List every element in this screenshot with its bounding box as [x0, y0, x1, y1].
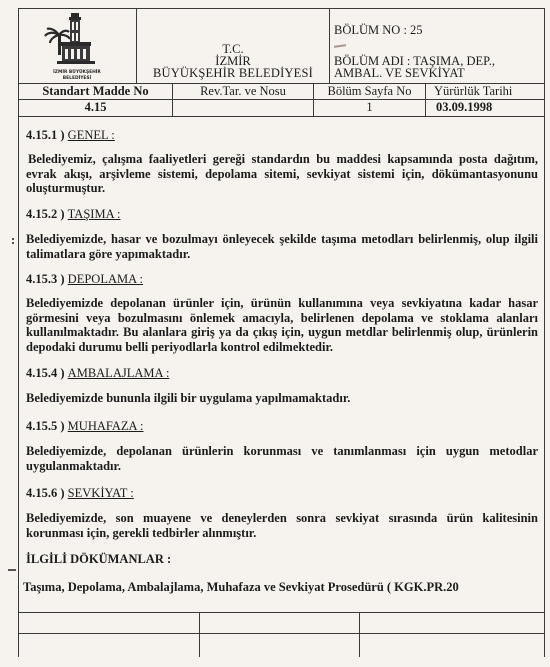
col-rev-tar: Rev.Tar. ve Nosu [173, 84, 314, 99]
section-title: DEPOLAMA : [68, 272, 143, 286]
value-bolum-sayfa-no: 1 [314, 100, 426, 116]
clock-tower-icon: İZMİR BÜYÜKŞEHİR BELEDİYESİ [19, 9, 136, 83]
section-title: AMBALAJLAMA : [68, 366, 170, 380]
section-heading: 4.15.4 ) AMBALAJLAMA : [26, 366, 169, 381]
footer-grid-divider [199, 612, 200, 657]
section-heading: 4.15.1 ) GENEL : [26, 128, 115, 143]
header-values-row: 4.15 1 03.09.1998 [19, 100, 544, 117]
footer-grid-line [19, 612, 544, 613]
scan-smudge [334, 44, 346, 48]
document-page: İZMİR BÜYÜKŞEHİR BELEDİYESİ T.C. İZMİR B… [18, 8, 545, 657]
document-header-table: İZMİR BÜYÜKŞEHİR BELEDİYESİ T.C. İZMİR B… [19, 8, 544, 117]
header-title-row: İZMİR BÜYÜKŞEHİR BELEDİYESİ T.C. İZMİR B… [19, 9, 544, 84]
scan-mark [12, 238, 14, 240]
section-text: Belediyemizde depolanan ürünler için, ür… [26, 296, 538, 354]
section-text: Belediyemizde bununla ilgili bir uygulam… [26, 391, 538, 406]
bolum-no: BÖLÜM NO : 25 [334, 23, 423, 38]
organization-cell: T.C. İZMİR BÜYÜKŞEHİR BELEDİYESİ [137, 9, 330, 83]
svg-text:BELEDİYESİ: BELEDİYESİ [63, 74, 92, 81]
footer-grid-divider [359, 612, 360, 657]
section-heading: 4.15.6 ) SEVKİYAT : [26, 486, 134, 501]
scan-mark [8, 569, 16, 571]
logo-cell: İZMİR BÜYÜKŞEHİR BELEDİYESİ [19, 9, 137, 83]
section-text: Belediyemizde, hasar ve bozulmayı önleye… [26, 232, 538, 261]
bolum-adi: BÖLÜM ADI : TAŞIMA, DEP., AMBAL. VE SEVK… [334, 55, 495, 79]
section-text: Belediyemizde, son muayene ve deneylerde… [26, 511, 538, 540]
col-bolum-sayfa-no: Bölüm Sayfa No [314, 84, 426, 99]
section-title: GENEL : [68, 128, 115, 142]
section-info-cell: BÖLÜM NO : 25 BÖLÜM ADI : TAŞIMA, DEP., … [330, 9, 544, 83]
footer-grid-line [19, 633, 544, 634]
value-yururluk-tarihi: 03.09.1998 [426, 100, 544, 116]
section-title: SEVKİYAT : [68, 486, 134, 500]
section-heading: 4.15.3 ) DEPOLAMA : [26, 272, 143, 287]
value-rev-tar [173, 100, 314, 116]
scan-mark [12, 242, 14, 244]
org-line-belediye: BÜYÜKŞEHİR BELEDİYESİ [137, 67, 329, 79]
value-standart-madde-no: 4.15 [19, 100, 173, 116]
col-yururluk-tarihi: Yürürlük Tarihi [426, 84, 544, 99]
section-heading: 4.15.5 ) MUHAFAZA : [26, 419, 144, 434]
header-columns-row: Standart Madde No Rev.Tar. ve Nosu Bölüm… [19, 84, 544, 100]
section-heading: 4.15.2 ) TAŞIMA : [26, 207, 121, 222]
related-documents-title: İLGİLİ DÖKÜMANLAR : [26, 552, 171, 567]
related-document-item: Taşıma, Depolama, Ambalajlama, Muhafaza … [23, 580, 459, 595]
svg-text:İZMİR BÜYÜKŞEHİR: İZMİR BÜYÜKŞEHİR [53, 68, 101, 75]
bolum-adi-line2: AMBAL. VE SEVKİYAT [334, 66, 465, 80]
section-text: Belediyemiz, çalışma faaliyetleri gereği… [26, 152, 538, 196]
col-standart-madde-no: Standart Madde No [19, 84, 173, 99]
section-text: Belediyemizde, depolanan ürünlerin korun… [26, 444, 538, 473]
section-title: MUHAFAZA : [68, 419, 144, 433]
section-title: TAŞIMA : [68, 207, 121, 221]
